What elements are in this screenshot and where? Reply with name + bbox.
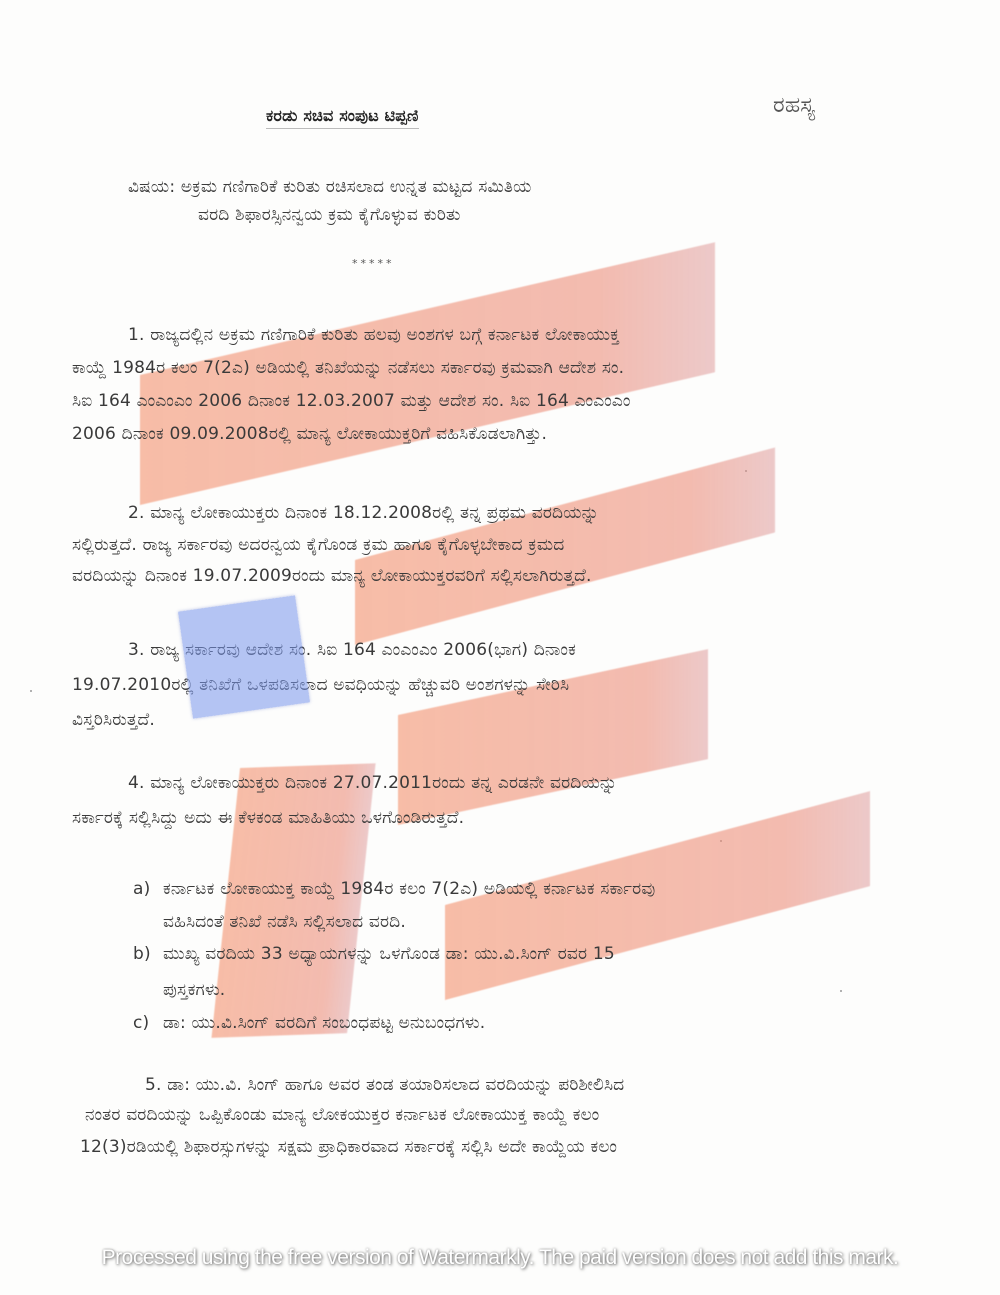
paragraph-1-line-3: ಸಿಐ 164 ಎಂಎಂಎಂ 2006 ದಿನಾಂಕ 12.03.2007 ಮತ… (72, 391, 867, 411)
blue-marker-box (178, 595, 310, 718)
paragraph-2-line-1: 2. ಮಾನ್ಯ ಲೋಕಾಯುಕ್ತರು ದಿನಾಂಕ 18.12.2008ರಲ… (128, 503, 867, 523)
separator: ***** (352, 257, 395, 270)
sub-item-c-line-1: ಡಾ: ಯು.ವಿ.ಸಿಂಗ್ ವರದಿಗೆ ಸಂಬಂಧಪಟ್ಟ ಅನುಬಂಧಗ… (163, 1013, 485, 1033)
sub-item-a-line-2: ವಹಿಸಿದಂತೆ ತನಿಖೆ ನಡೆಸಿ ಸಲ್ಲಿಸಲಾದ ವರದಿ. (163, 912, 406, 932)
subject-line-2: ವರದಿ ಶಿಫಾರಸ್ಸಿನನ್ವಯ ಕ್ರಮ ಕೈಗೊಳ್ಳುವ ಕುರಿತ… (198, 205, 461, 225)
paragraph-1-line-4: 2006 ದಿನಾಂಕ 09.09.2008ರಲ್ಲಿ ಮಾನ್ಯ ಲೋಕಾಯು… (72, 424, 867, 444)
paragraph-4-line-1: 4. ಮಾನ್ಯ ಲೋಕಾಯುಕ್ತರು ದಿನಾಂಕ 27.07.2011ರಂ… (128, 773, 867, 793)
paragraph-2-line-3: ವರದಿಯನ್ನು ದಿನಾಂಕ 19.07.2009ರಂದು ಮಾನ್ಯ ಲೋ… (72, 566, 867, 586)
scan-speck (840, 990, 842, 992)
scan-speck (30, 690, 32, 692)
paragraph-5-line-2: ನಂತರ ವರದಿಯನ್ನು ಒಪ್ಪಿಕೊಂಡು ಮಾನ್ಯ ಲೋಕಯುಕ್ತ… (85, 1105, 855, 1125)
sub-item-b-line-2: ಪುಸ್ತಕಗಳು. (163, 980, 225, 1000)
paragraph-5-line-3: 12(3)ರಡಿಯಲ್ಲಿ ಶಿಫಾರಸ್ಸುಗಳನ್ನು ಸಕ್ಷಮ ಪ್ರಾ… (80, 1137, 850, 1157)
sub-item-a-line-1: ಕರ್ನಾಟಕ ಲೋಕಾಯುಕ್ತ ಕಾಯ್ದೆ 1984ರ ಕಲಂ 7(2ಎ)… (163, 879, 655, 899)
paragraph-2-line-2: ಸಲ್ಲಿರುತ್ತದೆ. ರಾಜ್ಯ ಸರ್ಕಾರವು ಅದರನ್ವಯ ಕೈಗ… (72, 535, 867, 555)
paragraph-5-line-1: 5. ಡಾ: ಯು.ವಿ. ಸಿಂಗ್ ಹಾಗೂ ಅವರ ತಂಡ ತಯಾರಿಸಲ… (145, 1075, 855, 1095)
subject-line-1: ವಿಷಯ: ಅಕ್ರಮ ಗಣಿಗಾರಿಕೆ ಕುರಿತು ರಚಿಸಲಾದ ಉನ್… (128, 177, 532, 197)
classification-stamp: ರಹಸ್ಯ (773, 93, 815, 118)
sub-item-b-marker: b) (133, 944, 151, 964)
watermark-text: Processed using the free version of Wate… (0, 1246, 1000, 1270)
paragraph-3-line-3: ವಿಸ್ತರಿಸಿರುತ್ತದೆ. (72, 710, 867, 730)
document-page: ಕರಡು ಸಚಿವ ಸಂಪುಟ ಟಿಪ್ಪಣಿ ರಹಸ್ಯ ವಿಷಯ: ಅಕ್ರ… (0, 0, 1000, 1295)
paragraph-1-line-1: 1. ರಾಜ್ಯದಲ್ಲಿನ ಅಕ್ರಮ ಗಣಿಗಾರಿಕೆ ಕುರಿತು ಹಲ… (128, 325, 867, 345)
paragraph-4-line-2: ಸರ್ಕಾರಕ್ಕೆ ಸಲ್ಲಿಸಿದ್ದು ಅದು ಈ ಕೆಳಕಂಡ ಮಾಹಿ… (72, 808, 867, 828)
paragraph-1-line-2: ಕಾಯ್ದೆ 1984ರ ಕಲಂ 7(2ಎ) ಅಡಿಯಲ್ಲಿ ತನಿಖೆಯನ್… (72, 358, 867, 378)
sub-item-c-marker: c) (133, 1013, 149, 1033)
sub-item-b-line-1: ಮುಖ್ಯ ವರದಿಯ 33 ಅಧ್ಯಾಯಗಳನ್ನು ಒಳಗೊಂಡ ಡಾ: ಯ… (163, 944, 615, 964)
document-title: ಕರಡು ಸಚಿವ ಸಂಪುಟ ಟಿಪ್ಪಣಿ (266, 106, 419, 129)
highlight-band-4 (211, 763, 375, 1038)
sub-item-a-marker: a) (133, 879, 150, 899)
